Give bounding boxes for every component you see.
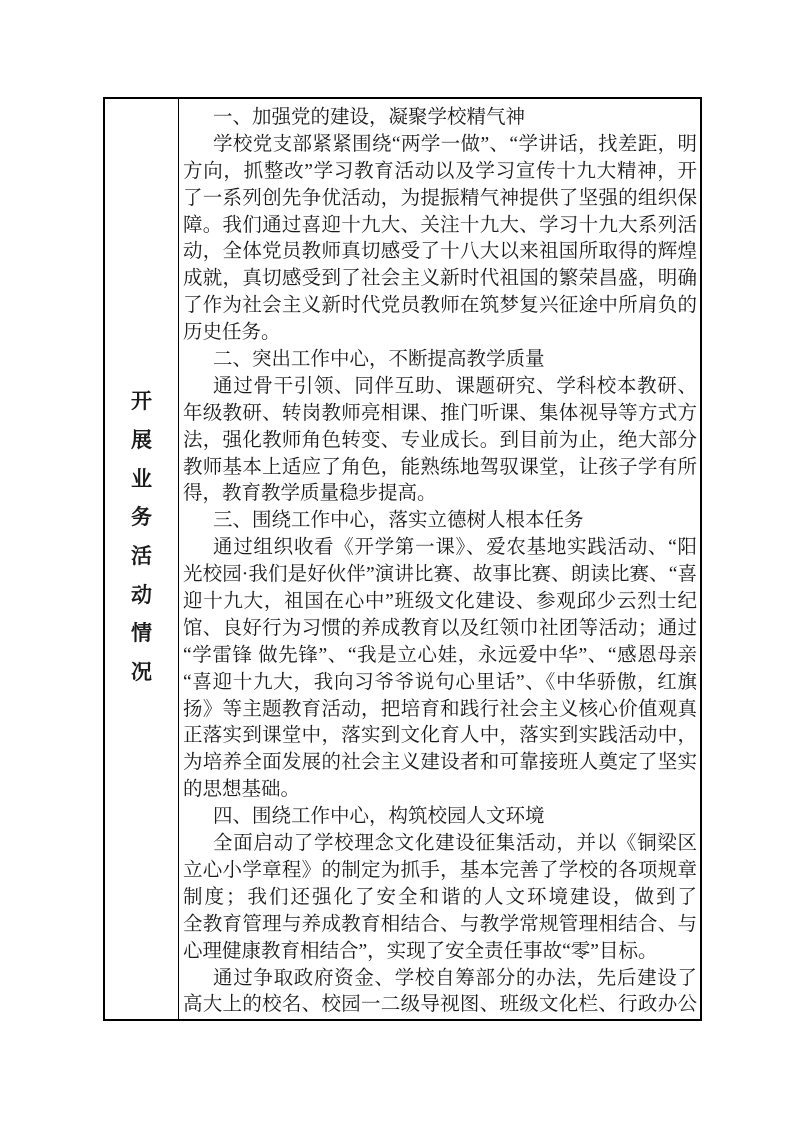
text-line: 的思想基础。 <box>183 777 697 804</box>
row-header-char: 展 <box>131 421 152 460</box>
section-heading: 四、围绕工作中心，构筑校园人文环境 <box>183 804 697 831</box>
row-header-char: 开 <box>131 382 152 421</box>
row-header-char: 情 <box>131 614 152 653</box>
row-header-cell: 开展业务活动情况 <box>105 99 179 1019</box>
text-line: 学校党支部紧紧围绕“两学一做”、“学讲话，找差距，明 <box>183 132 697 159</box>
text-line: 教师基本上适应了角色，能熟练地驾驭课堂，让孩子学有所 <box>183 455 697 482</box>
report-table: 开展业务活动情况 一、加强党的建设，凝聚学校精气神学校党支部紧紧围绕“两学一做”… <box>103 97 702 1021</box>
text-line: 立心小学章程》的制定为抓手，基本完善了学校的各项规章 <box>183 858 697 885</box>
row-header: 开展业务活动情况 <box>131 382 152 692</box>
text-line: 心理健康教育相结合”，实现了安全责任事故“零”目标。 <box>183 939 697 966</box>
text-line: 障。我们通过喜迎十九大、关注十九大、学习十九大系列活 <box>183 213 697 240</box>
section-heading: 二、突出工作中心，不断提高教学质量 <box>183 347 697 374</box>
row-header-char: 活 <box>131 537 152 576</box>
content-cell: 一、加强党的建设，凝聚学校精气神学校党支部紧紧围绕“两学一做”、“学讲话，找差距… <box>179 99 700 1019</box>
text-line: 了作为社会主义新时代党员教师在筑梦复兴征途中所肩负的 <box>183 293 697 320</box>
text-line: 正落实到课堂中，落实到文化育人中，落实到实践活动中， <box>183 723 697 750</box>
text-line: 光校园·我们是好伙伴”演讲比赛、故事比赛、朗读比赛、“喜 <box>183 562 697 589</box>
text-line: 馆、良好行为习惯的养成教育以及红领巾社团等活动；通过 <box>183 616 697 643</box>
text-line: 成就，真切感受到了社会主义新时代祖国的繁荣昌盛，明确 <box>183 266 697 293</box>
text-line: 动，全体党员教师真切感受了十八大以来祖国所取得的辉煌 <box>183 239 697 266</box>
text-line: 高大上的校名、校园一二级导视图、班级文化栏、行政办公 <box>183 992 697 1019</box>
text-line: 法，强化教师角色转变、专业成长。到目前为止，绝大部分 <box>183 428 697 455</box>
row-header-char: 务 <box>131 498 152 537</box>
row-header-char: 动 <box>131 576 152 615</box>
text-line: 制度；我们还强化了安全和谐的人文环境建设，做到了把“安 <box>183 885 697 912</box>
text-line: 通过争取政府资金、学校自筹部分的办法，先后建设了 <box>183 966 697 993</box>
text-line: 全面启动了学校理念文化建设征集活动，并以《铜梁区 <box>183 831 697 858</box>
text-line: 迎十九大，祖国在心中”班级文化建设、参观邱少云烈士纪念 <box>183 589 697 616</box>
text-line: 得，教育教学质量稳步提高。 <box>183 481 697 508</box>
text-line: 历史任务。 <box>183 320 697 347</box>
section-heading: 一、加强党的建设，凝聚学校精气神 <box>183 105 697 132</box>
text-line: 年级教研、转岗教师亮相课、推门听课、集体视导等方式方 <box>183 401 697 428</box>
text-line: 扬》等主题教育活动，把培育和践行社会主义核心价值观真 <box>183 697 697 724</box>
text-line: 为培养全面发展的社会主义建设者和可靠接班人奠定了坚实 <box>183 750 697 777</box>
section-heading: 三、围绕工作中心，落实立德树人根本任务 <box>183 508 697 535</box>
row-header-char: 业 <box>131 460 152 499</box>
text-line: 全教育管理与养成教育相结合、与教学常规管理相结合、与 <box>183 912 697 939</box>
text-line: 了一系列创先争优活动，为提振精气神提供了坚强的组织保 <box>183 186 697 213</box>
text-line: 通过骨干引领、同伴互助、课题研究、学科校本教研、 <box>183 374 697 401</box>
row-header-char: 况 <box>131 653 152 692</box>
text-line: “学雷锋 做先锋”、“我是立心娃，永远爱中华”、“感恩母亲节”、 <box>183 643 697 670</box>
text-line: 方向，抓整改”学习教育活动以及学习宣传十九大精神，开展 <box>183 159 697 186</box>
text-line: “喜迎十九大，我向习爷爷说句心里话”、《中华骄傲，红旗飘 <box>183 670 697 697</box>
text-line: 通过组织收看《开学第一课》、爱农基地实践活动、“阳 <box>183 535 697 562</box>
